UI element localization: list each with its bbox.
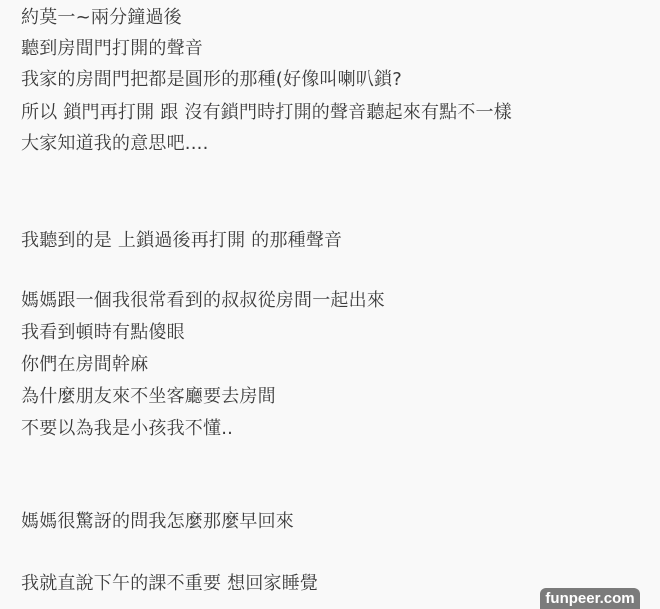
text-line: 不要以為我是小孩我不懂.. — [21, 418, 233, 440]
text-line: 大家知道我的意思吧.... — [21, 133, 209, 155]
text-line: 媽媽跟一個我很常看到的叔叔從房間一起出來 — [21, 290, 385, 312]
text-line: 為什麼朋友來不坐客廳要去房間 — [21, 386, 276, 408]
text-line: 我家的房間門把都是圓形的那種(好像叫喇叭鎖? — [21, 69, 402, 91]
text-line: 聽到房間門打開的聲音 — [21, 38, 203, 60]
text-line: 媽媽很驚訝的問我怎麼那麼早回來 — [21, 511, 294, 533]
text-line: 我聽到的是 上鎖過後再打開 的那種聲音 — [21, 230, 342, 252]
watermark-badge: funpeer.com — [540, 588, 640, 609]
text-line: 我就直說下午的課不重要 想回家睡覺 — [21, 573, 318, 595]
text-line: 你們在房間幹麻 — [21, 354, 148, 376]
text-document: 約莫一~兩分鐘過後 聽到房間門打開的聲音 我家的房間門把都是圓形的那種(好像叫喇… — [0, 0, 660, 609]
text-line: 所以 鎖門再打開 跟 沒有鎖門時打開的聲音聽起來有點不一樣 — [21, 102, 512, 124]
text-line: 約莫一~兩分鐘過後 — [21, 7, 182, 29]
text-line: 我看到頓時有點傻眼 — [21, 322, 185, 344]
